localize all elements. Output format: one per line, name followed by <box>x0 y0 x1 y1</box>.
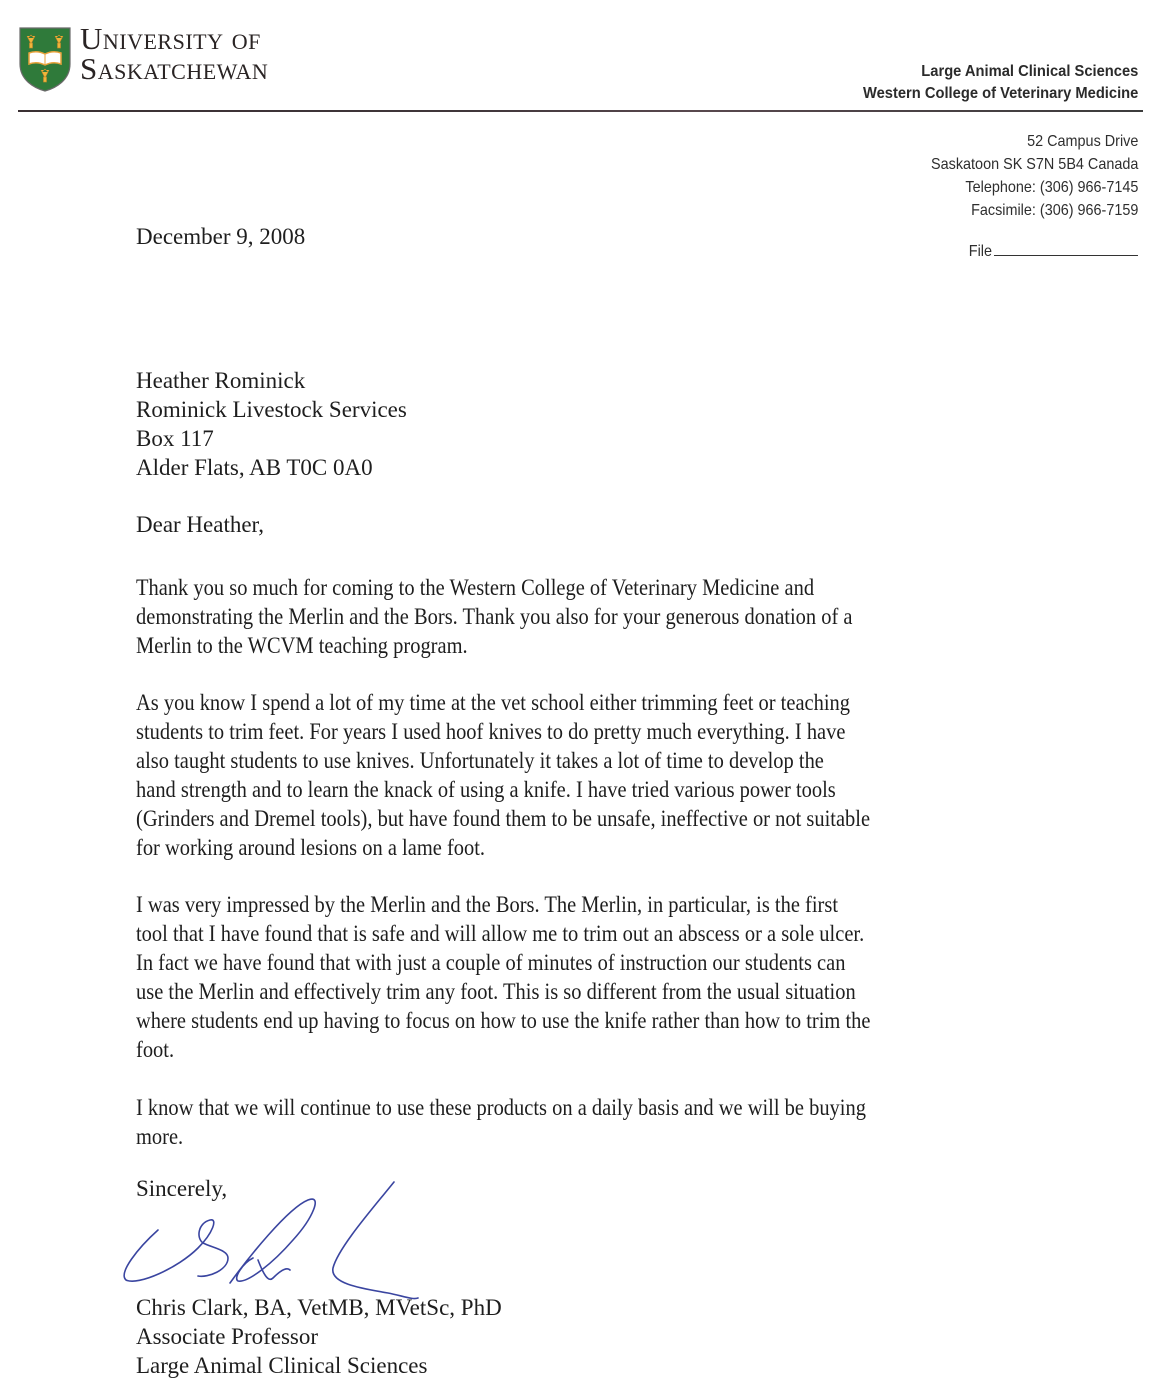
department-name: Large Animal Clinical Sciences <box>863 61 1138 83</box>
department-block: Large Animal Clinical Sciences Western C… <box>863 61 1138 105</box>
facsimile: Facsimile: (306) 966-7159 <box>931 199 1138 222</box>
recipient-company: Rominick Livestock Services <box>136 395 407 424</box>
paragraph-line: Thank you so much for coming to the West… <box>136 573 937 602</box>
paragraph-line: foot. <box>136 1035 937 1064</box>
address-line: Saskatoon SK S7N 5B4 Canada <box>931 153 1138 176</box>
paragraph-line: students to trim feet. For years I used … <box>136 717 937 746</box>
signer-name: Chris Clark, BA, VetMB, MVetSc, PhD <box>136 1293 502 1322</box>
university-name-line: University of <box>80 24 268 54</box>
body-paragraph: I know that we will continue to use thes… <box>136 1093 1036 1151</box>
file-reference: File <box>969 241 1138 261</box>
recipient-address: Heather Rominick Rominick Livestock Serv… <box>136 366 407 482</box>
university-name-line: Saskatchewan <box>80 54 268 84</box>
paragraph-line: use the Merlin and effectively trim any … <box>136 977 937 1006</box>
file-blank-line <box>994 241 1138 256</box>
sender-address: 52 Campus Drive Saskatoon SK S7N 5B4 Can… <box>931 130 1138 222</box>
recipient-box: Box 117 <box>136 424 407 453</box>
address-line: 52 Campus Drive <box>931 130 1138 153</box>
paragraph-line: demonstrating the Merlin and the Bors. T… <box>136 602 937 631</box>
telephone: Telephone: (306) 966-7145 <box>931 176 1138 199</box>
paragraph-line: I know that we will continue to use thes… <box>136 1093 937 1122</box>
paragraph-line: tool that I have found that is safe and … <box>136 919 937 948</box>
paragraph-line: (Grinders and Dremel tools), but have fo… <box>136 804 937 833</box>
paragraph-line: also taught students to use knives. Unfo… <box>136 746 937 775</box>
university-crest-logo <box>18 26 72 92</box>
paragraph-line: In fact we have found that with just a c… <box>136 948 937 977</box>
handwritten-signature <box>118 1178 428 1308</box>
signer-title: Associate Professor <box>136 1322 502 1351</box>
paragraph-line: I was very impressed by the Merlin and t… <box>136 890 937 919</box>
recipient-city: Alder Flats, AB T0C 0A0 <box>136 453 407 482</box>
body-paragraph: I was very impressed by the Merlin and t… <box>136 890 1036 1064</box>
body-paragraph: Thank you so much for coming to the West… <box>136 573 1036 660</box>
paragraph-line: As you know I spend a lot of my time at … <box>136 688 937 717</box>
paragraph-line: where students end up having to focus on… <box>136 1006 937 1035</box>
recipient-name: Heather Rominick <box>136 366 407 395</box>
paragraph-line: Merlin to the WCVM teaching program. <box>136 631 937 660</box>
college-name: Western College of Veterinary Medicine <box>863 83 1138 105</box>
body-paragraph: As you know I spend a lot of my time at … <box>136 688 1036 862</box>
salutation: Dear Heather, <box>136 510 264 539</box>
paragraph-line: more. <box>136 1122 937 1151</box>
paragraph-line: for working around lesions on a lame foo… <box>136 833 937 862</box>
letterhead-divider <box>18 110 1143 112</box>
letter-date: December 9, 2008 <box>136 222 305 251</box>
signer-block: Chris Clark, BA, VetMB, MVetSc, PhD Asso… <box>136 1293 502 1380</box>
university-name: University of Saskatchewan <box>80 24 268 84</box>
file-label: File <box>969 243 992 260</box>
signer-department: Large Animal Clinical Sciences <box>136 1351 502 1380</box>
paragraph-line: hand strength and to learn the knack of … <box>136 775 937 804</box>
